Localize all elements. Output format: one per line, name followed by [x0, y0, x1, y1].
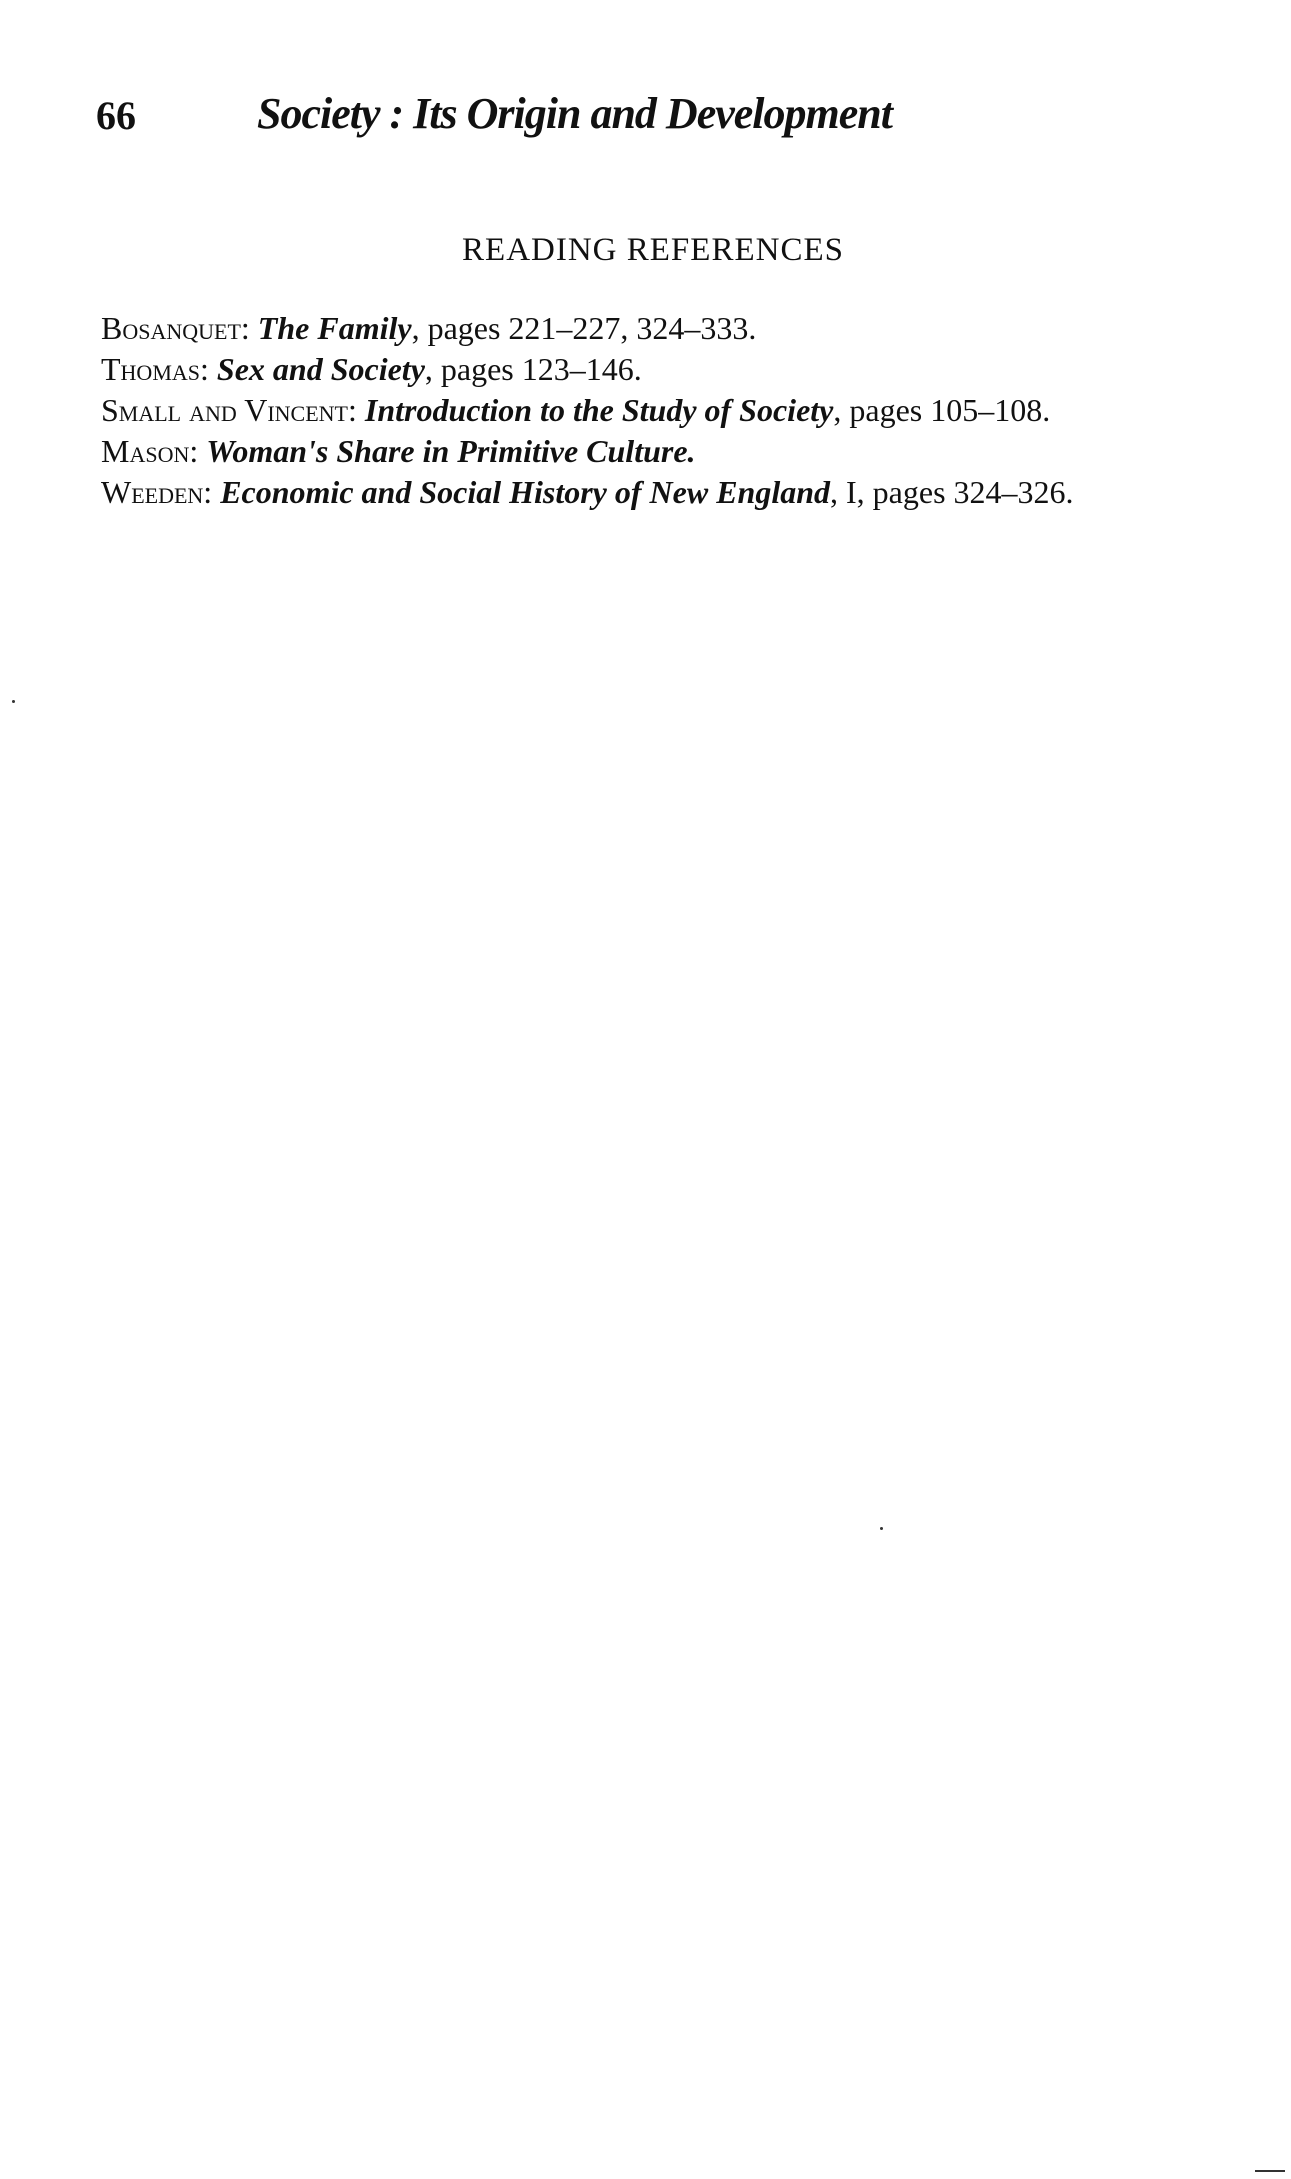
running-title: Society : Its Origin and Development — [257, 88, 892, 139]
reference-item: Weeden: Economic and Social History of N… — [101, 472, 1211, 513]
reference-item: Bosanquet: The Family, pages 221–227, 32… — [101, 308, 1211, 349]
reference-author: Bosanquet — [101, 310, 241, 346]
page-number: 66 — [96, 92, 136, 139]
reference-title: The Family — [258, 310, 412, 346]
section-heading: READING REFERENCES — [0, 232, 1291, 269]
reference-item: Mason: Woman's Share in Primitive Cultur… — [101, 431, 1211, 472]
reference-author: Weeden — [101, 474, 203, 510]
reference-separator: : — [241, 310, 258, 346]
scan-speck — [12, 700, 15, 703]
scan-speck — [880, 1527, 883, 1530]
reference-title: Introduction to the Study of Society — [365, 392, 833, 428]
reference-separator: : — [189, 433, 206, 469]
reference-title: Woman's Share in Primitive Culture. — [206, 433, 695, 469]
reading-references-list: Bosanquet: The Family, pages 221–227, 32… — [101, 308, 1211, 513]
reference-title: Sex and Society — [217, 351, 425, 387]
reference-item: Thomas: Sex and Society, pages 123–146. — [101, 349, 1211, 390]
reference-separator: : — [203, 474, 220, 510]
reference-separator: : — [200, 351, 217, 387]
reference-pages: , I, pages 324–326. — [830, 474, 1074, 510]
reference-pages: , pages 221–227, 324–333. — [412, 310, 757, 346]
reference-separator: : — [348, 392, 365, 428]
reference-item: Small and Vincent: Introduction to the S… — [101, 390, 1211, 431]
reference-author: Small and Vincent — [101, 392, 348, 428]
reference-pages: , pages 105–108. — [833, 392, 1050, 428]
reference-author: Mason — [101, 433, 189, 469]
reference-pages: , pages 123–146. — [425, 351, 642, 387]
reference-author: Thomas — [101, 351, 200, 387]
reference-title: Economic and Social History of New Engla… — [220, 474, 830, 510]
scan-speck — [1255, 2170, 1285, 2172]
